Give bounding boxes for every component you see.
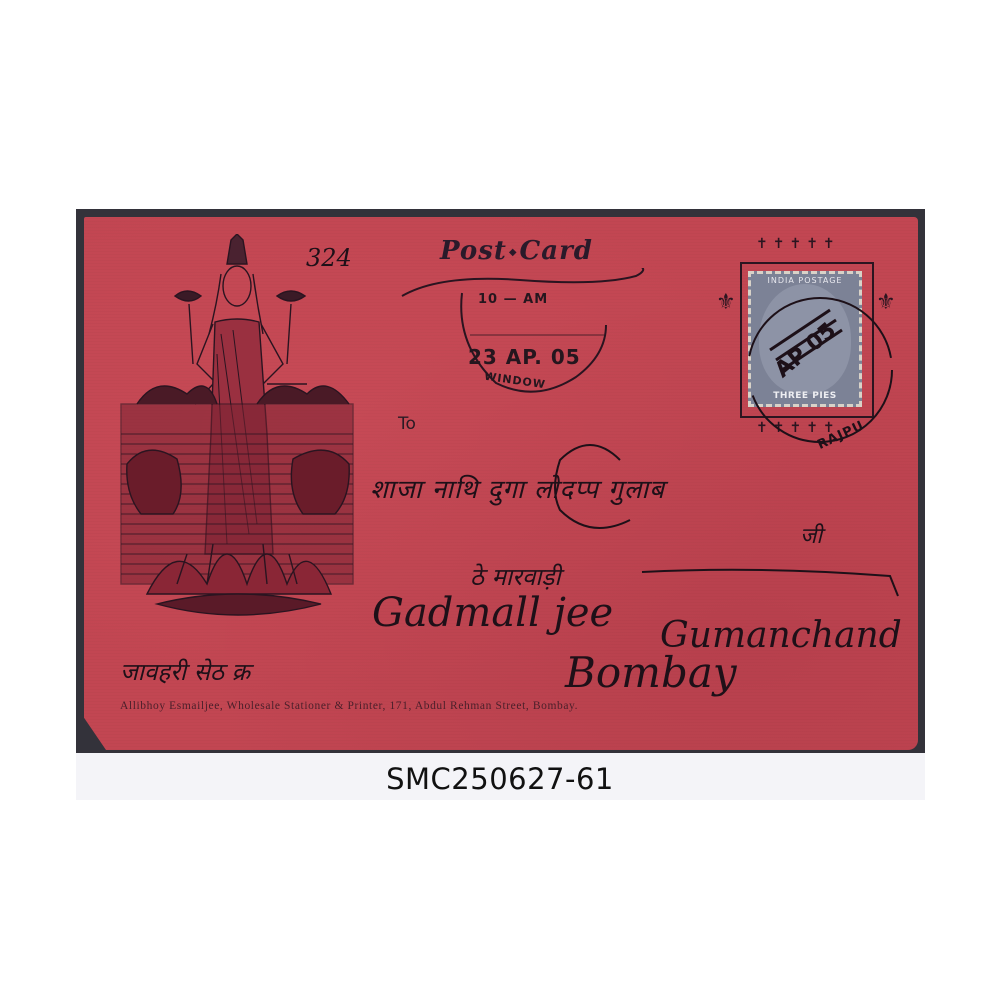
stamp-ornament-left: ⚜ <box>716 290 736 315</box>
handwritten-address-line-1: शाजा नाथि दुगा लोदप्प गुलाब <box>370 470 665 506</box>
postcard-torn-corner <box>76 706 106 750</box>
handwritten-address-line-3: जावहरी सेठ क्र <box>120 655 250 688</box>
postmark-date: 23 AP. 05 <box>468 345 581 369</box>
lakshmi-illustration <box>117 234 357 626</box>
handwritten-address-line-2: ठे मारवाड़ी <box>470 560 561 593</box>
title-word-card: Card <box>520 236 593 266</box>
handwritten-address-suffix: जी <box>800 520 822 550</box>
item-code-caption: SMC250627-61 <box>0 762 1000 796</box>
postmark-time: 10 — AM <box>478 292 548 307</box>
handwritten-number: 324 <box>306 244 352 272</box>
handwritten-recipient-name: Gadmall jee <box>372 590 613 636</box>
stamp-ornament-top: ✝✝✝✝✝ <box>756 236 840 252</box>
to-label: To <box>398 414 416 434</box>
title-separator: ◆ <box>509 247 518 258</box>
handwriting-underline <box>640 560 900 600</box>
printer-imprint: Allibhoy Esmailjee, Wholesale Stationer … <box>120 700 578 712</box>
handwritten-city: Bombay <box>565 648 737 697</box>
stamp-country: INDIA POSTAGE <box>751 276 859 285</box>
postcard-title: Post◆Card <box>440 236 593 266</box>
title-word-post: Post <box>440 236 507 266</box>
